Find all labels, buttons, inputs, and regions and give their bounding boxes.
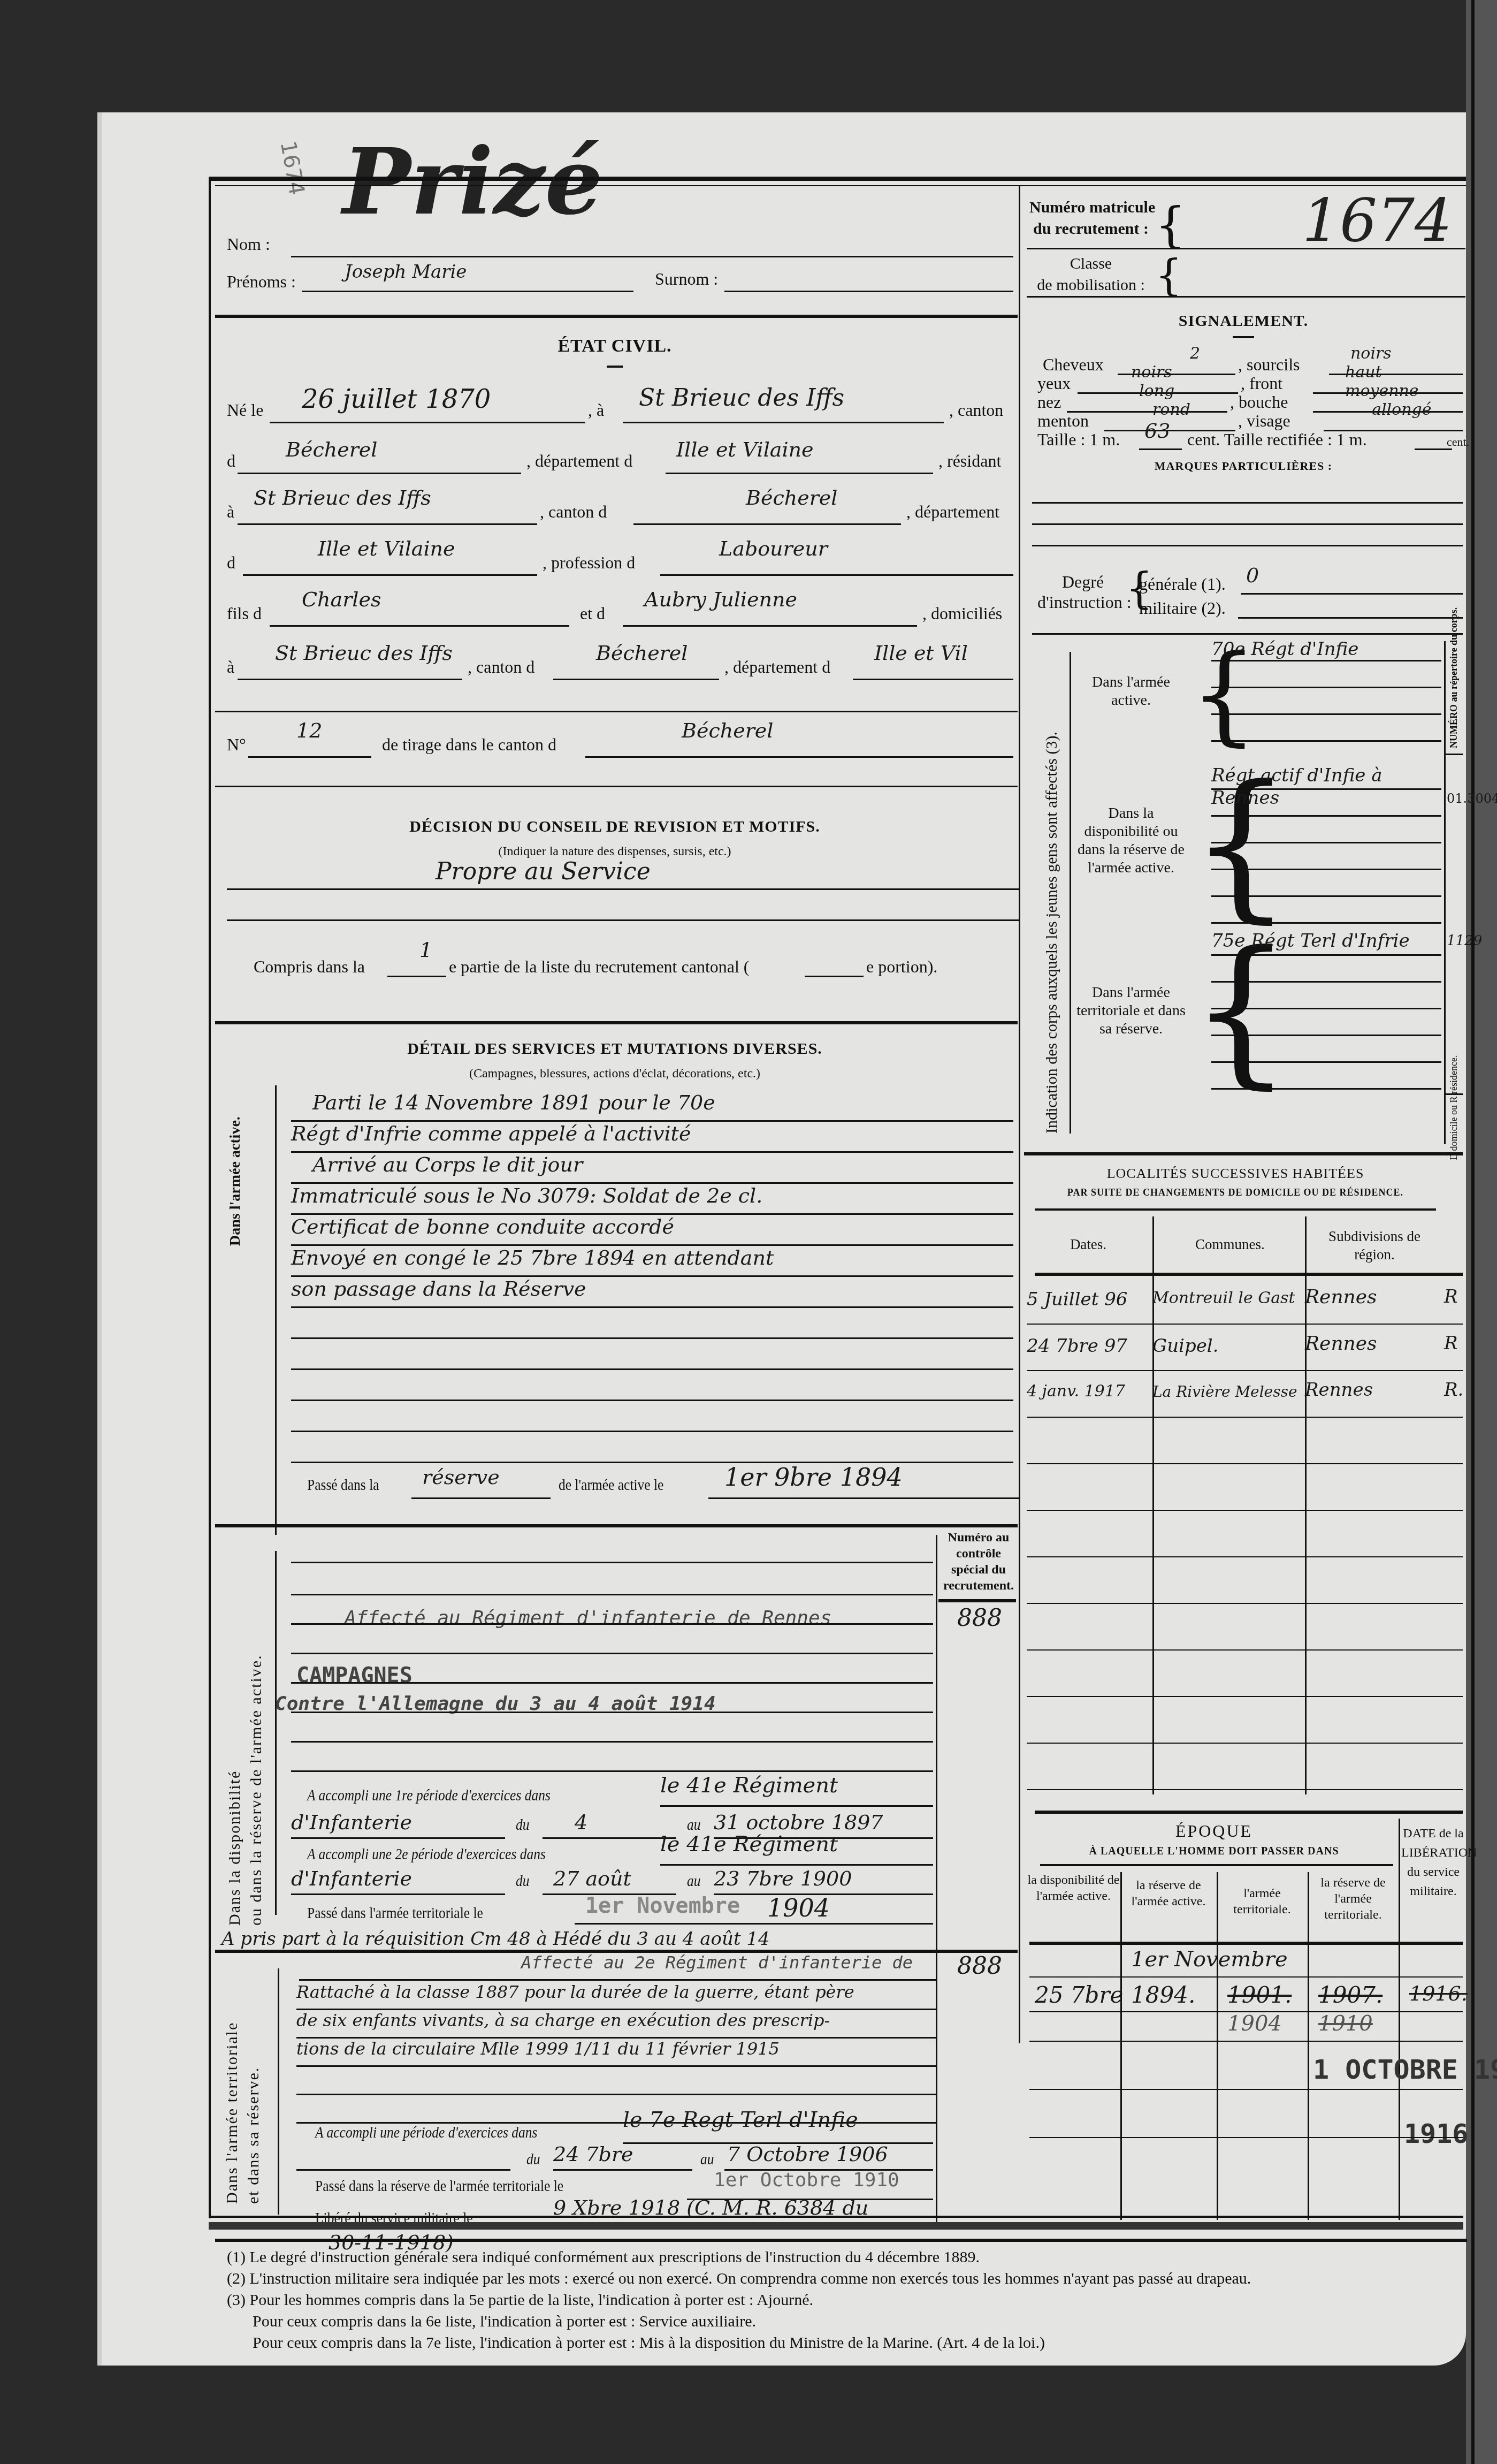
disponibilite-line — [291, 1653, 933, 1654]
localites-subdivision: Rennes — [1305, 1371, 1444, 1417]
numero-header-rule — [938, 1599, 1016, 1602]
territoriale-line — [299, 1979, 936, 1981]
sourcils-value: noirs — [1350, 344, 1392, 363]
localites-date: 4 janv. 1917 — [1027, 1371, 1152, 1417]
profession-line — [660, 574, 1013, 576]
prenoms-label: Prénoms : — [227, 272, 296, 292]
services-subtitle: (Campagnes, blessures, actions d'éclat, … — [211, 1067, 1019, 1081]
footnote-num: (1) — [227, 2248, 246, 2266]
disponibilite-line — [291, 1682, 933, 1684]
localites-date: 5 Juillet 96 — [1027, 1278, 1152, 1324]
epoque-subtitle: À LAQUELLE L'HOMME DOIT PASSER DANS — [1027, 1845, 1401, 1858]
epoque-header-reserve-active: la réserve de l'armée active. — [1123, 1877, 1214, 1910]
terr-du-value: 24 7bre — [553, 2142, 633, 2166]
departement-label: , département d — [526, 451, 632, 471]
localites-subdivision: Rennes — [1305, 1278, 1444, 1324]
requisition-note: A pris part à la réquisition Cm 48 à Héd… — [222, 1928, 770, 1950]
services-line: son passage dans la Réserve — [291, 1277, 1013, 1308]
localites-row: 4 janv. 1917 La Rivière Melesse Rennes R… — [1027, 1371, 1463, 1418]
divider — [215, 1524, 1018, 1527]
services-line-empty — [291, 1432, 1013, 1463]
menton-label: menton — [1037, 411, 1089, 431]
services-line-empty — [291, 1308, 1013, 1339]
periode1-label: A accompli une 1re période d'exercices d… — [307, 1786, 551, 1805]
corps-line — [1211, 842, 1441, 843]
disponibilite-line — [291, 1623, 933, 1625]
ne-le-value: 26 juillet 1870 — [302, 384, 491, 414]
epoque-line — [1029, 2089, 1463, 2090]
d-label: d — [227, 451, 235, 471]
compris-label-b: e partie de la liste du recrutement cant… — [449, 957, 750, 977]
disponibilite-line — [291, 1594, 933, 1595]
divider — [215, 315, 1018, 318]
compris-label-c: e portion). — [866, 957, 937, 977]
divider — [1027, 296, 1465, 298]
terr-du-line — [553, 2169, 692, 2171]
form-bottom-rule-thick — [209, 2222, 1463, 2230]
tirage-no-value: 12 — [296, 719, 322, 742]
classe-label-line2: de mobilisation : — [1029, 275, 1152, 296]
dom-a-label: à — [227, 657, 234, 677]
profession-label: , profession d — [543, 553, 635, 573]
periode1-au-value: 31 octobre 1897 — [714, 1811, 883, 1834]
liberation-header: DATE de la LIBÉRATION du service militai… — [1401, 1824, 1465, 1901]
periode2-line — [660, 1864, 933, 1866]
taille-rectifiee-label: cent. Taille rectifiée : 1 m. — [1187, 430, 1367, 450]
epoque-title: ÉPOQUE — [1027, 1821, 1401, 1841]
matricule-label-line1: Numéro matricule — [1029, 197, 1152, 218]
localites-row: 5 Juillet 96 Montreuil le Gast Rennes R — [1027, 1278, 1463, 1325]
territoriale-bracket — [278, 1968, 279, 2215]
cheveux-value: 2 — [1190, 344, 1200, 363]
instruction-label: Degré d'instruction : — [1037, 572, 1128, 612]
passe-label-a: Passé dans la — [307, 1476, 379, 1494]
marques-line — [1032, 523, 1463, 525]
footnote-text: Pour les hommes compris dans la 5e parti… — [249, 2291, 813, 2309]
services-side-label: Dans l'armée active. — [227, 1116, 244, 1246]
epoque-header-disponibilite: la disponibilité de l'armée active. — [1027, 1872, 1120, 1904]
dom-departement-value: Ille et Vil — [874, 641, 968, 665]
compris-label-a: Compris dans la — [254, 957, 365, 977]
disponibilite-side-line2: ou dans la réserve de l'armée active. — [246, 1654, 267, 1926]
reserve-terr-label: Passé dans la réserve de l'armée territo… — [315, 2177, 563, 2195]
localites-subtitle: PAR SUITE DE CHANGEMENTS DE DOMICILE OU … — [1024, 1187, 1447, 1198]
footnote-text: Pour ceux compris dans la 7e liste, l'in… — [253, 2334, 1045, 2352]
localites-commune: Montreuil le Gast — [1152, 1278, 1305, 1324]
divider — [215, 711, 1018, 712]
corps-line — [1211, 1008, 1441, 1009]
stamp-reserve-territoriale: 1 OCTOBRE 1910 — [1313, 2054, 1497, 2085]
res-a-label: à — [227, 502, 234, 522]
decision-line — [227, 919, 1019, 921]
passe-label-b: de l'armée active le — [559, 1476, 663, 1494]
generale-value: 0 — [1246, 564, 1259, 587]
localites-row-empty — [1027, 1557, 1463, 1604]
dom-departement-line — [853, 679, 1013, 680]
ne-le-label: Né le — [227, 400, 263, 420]
epoque-value-territoriale: 1901. — [1227, 1982, 1292, 2008]
corps-line — [1211, 687, 1441, 688]
localites-row: 24 7bre 97 Guipel. Rennes R — [1027, 1325, 1463, 1371]
generale-label: générale (1). — [1139, 574, 1226, 594]
fils-label: fils d — [227, 604, 262, 623]
disponibilite-side-label: Dans la disponibilité ou dans la réserve… — [224, 1654, 267, 1926]
res-departement-label: , département — [906, 502, 999, 522]
instruction-label-line2: d'instruction : — [1037, 592, 1128, 612]
nez-line — [1067, 411, 1227, 413]
periode2-au-value: 23 7bre 1900 — [714, 1867, 852, 1890]
tirage-label: de tirage dans le canton d — [382, 735, 556, 755]
localites-table: 5 Juillet 96 Montreuil le Gast Rennes R … — [1027, 1278, 1463, 1790]
matricule-brace: { — [1155, 197, 1186, 253]
footnote-text: Le degré d'instruction générale sera ind… — [249, 2248, 980, 2266]
localites-row-empty — [1027, 1744, 1463, 1790]
epoque-header-rule — [1029, 1942, 1463, 1945]
territoriale-side-label: Dans l'armée territoriale et dans sa rés… — [222, 2022, 264, 2204]
corps-line — [1211, 869, 1441, 870]
passe-line-a — [411, 1497, 551, 1499]
epoque-header-reserve-territoriale: la réserve de l'armée territoriale. — [1310, 1875, 1396, 1923]
corps-bracket — [1070, 652, 1071, 1134]
periode1-au-label: au — [687, 1816, 701, 1834]
tirage-no-label: N° — [227, 735, 246, 755]
nez-value: long — [1139, 382, 1174, 400]
epoque-value-reserve-active: 1894. — [1131, 1982, 1195, 2008]
epoque-title-rule — [1040, 1864, 1393, 1866]
disponibilite-bracket — [275, 1551, 277, 1915]
disponibilite-line — [291, 1712, 933, 1713]
localites-dr: R. — [1444, 1371, 1463, 1417]
dr-header: D domicile ou R résidence. — [1448, 1055, 1460, 1160]
epoque-line — [1029, 2137, 1463, 2138]
generale-line — [1241, 593, 1463, 595]
yeux-value: noirs — [1131, 363, 1172, 382]
compris-line — [387, 976, 446, 977]
localites-row-empty — [1027, 1651, 1463, 1697]
services-line: Immatriculé sous le No 3079: Soldat de 2… — [291, 1184, 1013, 1215]
res-canton-line — [633, 523, 901, 525]
numero-column-divider — [936, 1950, 937, 2223]
front-value: haut — [1345, 363, 1382, 382]
nez-label: nez — [1037, 392, 1061, 412]
divider — [1444, 754, 1463, 755]
divider — [215, 1021, 1018, 1024]
dom-canton-value: Bécherel — [596, 641, 688, 665]
footnote-2: (2) L'instruction militaire sera indiqué… — [227, 2268, 1457, 2290]
domicilies-label: , domiciliés — [922, 604, 1002, 623]
footnote-4: Pour ceux compris dans la 6e liste, l'in… — [227, 2311, 1457, 2332]
epoque-line — [1029, 1976, 1463, 1978]
localites-row-empty — [1027, 1464, 1463, 1511]
footnote-num: (2) — [227, 2270, 246, 2287]
terr-au-label: au — [700, 2150, 714, 2169]
services-line: Envoyé en congé le 25 7bre 1894 en atten… — [291, 1246, 1013, 1277]
a-label: , à — [588, 400, 604, 420]
dom-departement-label: , département d — [724, 657, 830, 677]
terr-periode-value: le 7e Regt Terl d'Infie — [623, 2108, 858, 2132]
passe-value-a: réserve — [422, 1465, 500, 1489]
localites-row-empty — [1027, 1604, 1463, 1651]
departement-value: Ille et Vilaine — [676, 438, 814, 461]
corps-line — [1211, 815, 1441, 817]
localites-header-dates: Dates. — [1027, 1235, 1150, 1253]
nom-field-line — [291, 256, 1013, 257]
corps-line — [1211, 713, 1441, 715]
periode2-label: A accompli une 2e période d'exercices da… — [307, 1845, 546, 1864]
nom-label: Nom : — [227, 234, 270, 254]
portion-line — [805, 976, 864, 977]
classe-brace: { — [1155, 250, 1182, 300]
corps-row-numero-territoriale: 1129 — [1447, 933, 1482, 949]
footnote-3: (3) Pour les hommes compris dans la 5e p… — [227, 2290, 1457, 2311]
dom-a-line — [238, 679, 462, 680]
passe-value-b: 1er 9bre 1894 — [724, 1463, 903, 1492]
campagnes-stamp: CAMPAGNES — [296, 1663, 413, 1688]
territoriale-text-line: de six enfants vivants, à sa charge en e… — [296, 2010, 936, 2039]
registration-form: Nom : Prénoms : Joseph Marie Surnom : ÉT… — [209, 177, 1466, 2218]
periode1-line — [660, 1805, 933, 1807]
militaire-line — [1238, 617, 1463, 619]
corps-row-numero-disponibilite: 01.3004 — [1447, 791, 1497, 806]
epoque-value-liberation: 1916. — [1409, 1982, 1468, 2005]
decision-line — [227, 888, 1019, 890]
corps-row-value-territoriale: 75e Régt Terl d'Infrie — [1211, 930, 1410, 952]
d-value: Bécherel — [286, 438, 377, 461]
divider — [1027, 248, 1465, 249]
surnom-label: Surnom : — [655, 269, 718, 289]
marques-line — [1032, 502, 1463, 504]
visage-value: allongé — [1372, 400, 1431, 419]
menton-value: rond — [1152, 400, 1190, 419]
res-canton-label: , canton d — [540, 502, 607, 522]
prenoms-field-line — [302, 291, 633, 292]
periode1-line2-rule — [291, 1837, 505, 1839]
corps-line — [1211, 1035, 1441, 1036]
localites-title: LOCALITÉS SUCCESSIVES HABITÉES — [1024, 1166, 1447, 1182]
localites-commune: La Rivière Melesse — [1152, 1371, 1305, 1417]
stamp-liberation: 1916 — [1404, 2118, 1468, 2149]
disponibilite-line — [291, 1562, 933, 1563]
book-spine — [1466, 0, 1497, 2464]
terr-periode-label: A accompli une période d'exercices dans — [315, 2124, 537, 2142]
services-line: Régt d'Infrie comme appelé à l'activité — [291, 1122, 1013, 1153]
res-d-label: d — [227, 553, 235, 573]
fils-line — [270, 625, 569, 627]
canton-label: , canton — [949, 400, 1003, 420]
divider — [1032, 545, 1463, 546]
compris-value: 1 — [419, 938, 432, 962]
periode1-du-line — [543, 1837, 676, 1839]
corps-line — [1211, 1061, 1441, 1063]
corps-row-label-disponibilite: Dans la disponibilité ou dans la réserve… — [1072, 804, 1190, 877]
epoque-corrected-reserve-territoriale: 1910 — [1318, 2011, 1373, 2036]
territoriale-line — [575, 1923, 933, 1925]
periode1-du-value: 4 — [575, 1811, 587, 1834]
matricule-label: Numéro matricule du recrutement : — [1029, 197, 1152, 240]
corps-line — [1211, 740, 1441, 742]
et-line — [623, 625, 917, 627]
passe-line-b — [708, 1497, 1019, 1499]
territoriale-value: 1904 — [767, 1893, 830, 1922]
localites-row-empty — [1027, 1511, 1463, 1557]
cent-label: cent. — [1447, 435, 1469, 449]
territoriale-text-line: tions de la circulaire Mlle 1999 1/11 du… — [296, 2039, 936, 2067]
title-dash — [1233, 336, 1254, 338]
disponibilite-side-line1: Dans la disponibilité — [224, 1654, 246, 1926]
etat-civil-title: ÉTAT CIVIL. — [211, 336, 1019, 356]
res-a-line — [238, 523, 537, 525]
territoriale-text-line-empty — [296, 2067, 936, 2095]
corps-row-value-disponibilite: Régt actif d'Infie à Rennes — [1211, 764, 1441, 809]
periode2-du-value: 27 août — [553, 1867, 631, 1890]
bouche-value: moyenne — [1345, 382, 1419, 400]
sourcils-label: , sourcils — [1238, 355, 1300, 375]
localites-date: 24 7bre 97 — [1027, 1325, 1152, 1370]
affecte-numero: 888 — [957, 1604, 1002, 1632]
affecte-stamp: Affecté au Régiment d'infanterie de Renn… — [345, 1607, 831, 1629]
services-line: Arrivé au Corps le dit jour — [291, 1153, 1013, 1184]
corps-numero-divider — [1444, 641, 1446, 1144]
marques-label: MARQUES PARTICULIÈRES : — [1024, 459, 1463, 473]
front-label: , front — [1241, 374, 1282, 393]
territoriale-side-line1: Dans l'armée territoriale — [222, 2022, 243, 2204]
et-label: et d — [580, 604, 605, 623]
epoque-line — [1029, 2041, 1463, 2042]
a-line — [623, 422, 944, 423]
tirage-no-line — [248, 756, 371, 758]
territoriale-affecte: Affecté au 2e Régiment d'infanterie de — [521, 1952, 913, 1973]
services-lines: Parti le 14 Novembre 1891 pour le 70e Ré… — [291, 1091, 1013, 1463]
terr-periode-line2 — [296, 2169, 510, 2171]
matricule-value: 1674 — [1302, 186, 1452, 255]
taille-value: 63 — [1144, 419, 1170, 443]
corps-side-label: Indication des corps auxquels les jeunes… — [1043, 732, 1061, 1134]
signalement-title: SIGNALEMENT. — [1024, 312, 1463, 330]
res-a-value: St Brieuc des Iffs — [254, 486, 431, 509]
matricule-label-line2: du recrutement : — [1029, 218, 1152, 240]
corps-line — [1211, 895, 1441, 897]
decision-title: DÉCISION DU CONSEIL DE REVISION ET MOTIF… — [211, 818, 1019, 836]
taille-label: Taille : 1 m. — [1037, 430, 1120, 450]
corps-line — [1211, 660, 1441, 661]
terr-au-value: 7 Octobre 1906 — [727, 2142, 888, 2166]
profession-value: Laboureur — [719, 537, 828, 560]
periode2-au-label: au — [687, 1872, 701, 1890]
departement-line — [666, 473, 933, 474]
bouche-label: , bouche — [1230, 392, 1288, 412]
footnote-5: Pour ceux compris dans la 7e liste, l'in… — [227, 2332, 1457, 2354]
spine-edge — [1471, 0, 1475, 2464]
services-title: DÉTAIL DES SERVICES ET MUTATIONS DIVERSE… — [211, 1040, 1019, 1058]
instruction-label-line1: Degré — [1037, 572, 1128, 592]
localites-row-empty — [1027, 1418, 1463, 1464]
territoriale-text-line: Rattaché à la classe 1887 pour la durée … — [296, 1982, 936, 2010]
epoque-col-divider — [1308, 1872, 1309, 2220]
epoque-row1-span: 1er Novembre — [1131, 1947, 1288, 1972]
numero-controle-header: Numéro au contrôle spécial du recrutemen… — [938, 1530, 1019, 1594]
periode2-line2-rule — [291, 1893, 505, 1895]
epoque-corrected-territoriale: 1904 — [1227, 2011, 1282, 2036]
dom-canton-line — [553, 679, 719, 680]
divider — [215, 786, 1018, 787]
tirage-value: Bécherel — [682, 719, 773, 742]
taille-line — [1139, 448, 1182, 450]
divider — [1035, 1811, 1463, 1814]
et-value: Aubry Julienne — [644, 588, 797, 611]
surnom-field-line — [724, 291, 1013, 292]
services-line-empty — [291, 1339, 1013, 1370]
localites-header-subdivisions: Subdivisions de région. — [1308, 1227, 1441, 1264]
column-divider — [1019, 186, 1020, 2043]
liberation-divider — [1399, 1819, 1400, 2220]
localites-header-communes: Communes. — [1158, 1235, 1302, 1253]
title-dash — [607, 366, 623, 368]
corps-line — [1211, 1088, 1441, 1090]
periode2-du-label: du — [516, 1872, 530, 1890]
periode1-du-label: du — [516, 1816, 530, 1834]
epoque-header-territoriale: l'armée territoriale. — [1219, 1885, 1305, 1918]
corps-line — [1211, 788, 1441, 790]
footnote-1: (1) Le degré d'instruction générale sera… — [227, 2247, 1457, 2268]
localites-header-rule — [1035, 1273, 1463, 1276]
corps-row-label-territoriale: Dans l'armée territoriale et dans sa rés… — [1072, 984, 1190, 1038]
corps-row-value-active: 70e Régt d'Infie — [1211, 638, 1358, 660]
decision-subtitle: (Indiquer la nature des dispenses, sursi… — [211, 845, 1019, 859]
services-line-empty — [291, 1370, 1013, 1401]
corps-numero-header: NUMÉRO au répertoire du corps. — [1448, 647, 1460, 748]
corps-row-label-active: Dans l'armée active. — [1072, 673, 1190, 710]
localites-commune: Guipel. — [1152, 1325, 1305, 1370]
form-bottom-rule — [209, 2216, 1463, 2218]
territoriale-lines: Rattaché à la classe 1887 pour la durée … — [296, 1982, 936, 2124]
residant-label: , résidant — [938, 451, 1001, 471]
epoque-col-divider — [1120, 1872, 1122, 2220]
dom-canton-label: , canton d — [468, 657, 534, 677]
footnote-text: Pour ceux compris dans la 6e liste, l'in… — [253, 2313, 756, 2330]
epoque-value-disponibilite: 25 7bre — [1035, 1982, 1123, 2008]
cheveux-label: Cheveux — [1043, 355, 1104, 375]
militaire-label: militaire (2). — [1139, 598, 1226, 618]
territoriale-label: Passé dans l'armée territoriale le — [307, 1904, 483, 1922]
classe-label: Classe de mobilisation : — [1029, 253, 1152, 296]
terr-du-label: du — [526, 2150, 540, 2169]
localites-row-empty — [1027, 1697, 1463, 1744]
periode2-line2: d'Infanterie — [291, 1867, 412, 1890]
fils-value: Charles — [302, 588, 381, 611]
dom-a-value: St Brieuc des Iffs — [275, 641, 453, 665]
localites-dr: R — [1444, 1278, 1463, 1324]
d-line — [238, 473, 521, 474]
periode1-value: le 41e Régiment — [660, 1773, 838, 1798]
territoriale-affecte-numero: 888 — [957, 1952, 1002, 1980]
corps-line — [1211, 954, 1441, 956]
res-d-line — [243, 574, 537, 576]
corps-line — [1211, 981, 1441, 983]
epoque-value-reserve-territoriale: 1907. — [1318, 1982, 1383, 2008]
yeux-label: yeux — [1037, 374, 1071, 393]
divider — [1024, 1152, 1463, 1155]
territoriale-stamp: 1er Novembre — [585, 1893, 740, 1918]
footnote-text: L'instruction militaire sera indiquée pa… — [249, 2270, 1251, 2287]
localites-title-rule — [1035, 1208, 1436, 1211]
services-bracket — [275, 1085, 277, 1535]
tirage-line — [585, 756, 1013, 758]
periode2-value: le 41e Régiment — [660, 1832, 838, 1857]
localites-dr: R — [1444, 1325, 1463, 1370]
res-d-value: Ille et Vilaine — [318, 537, 455, 560]
classe-label-line1: Classe — [1029, 253, 1152, 275]
disponibilite-line — [291, 1770, 933, 1772]
